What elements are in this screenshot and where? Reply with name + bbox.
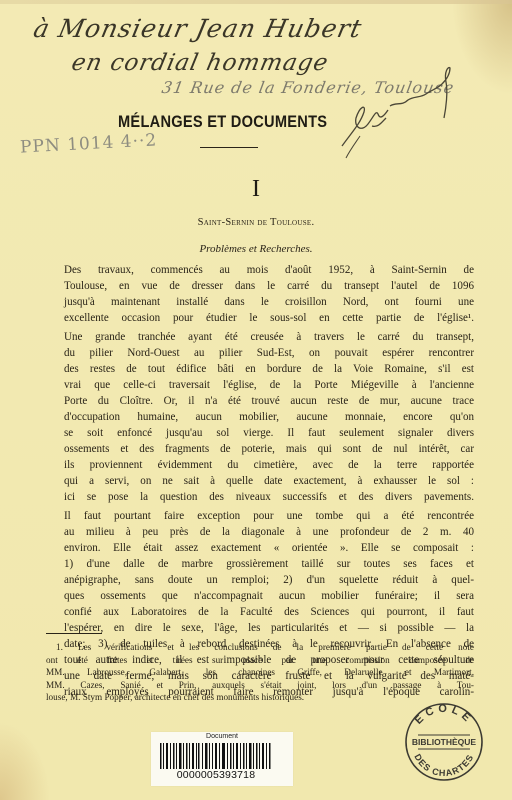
- handwritten-signature-icon: [338, 62, 478, 162]
- text-line: Porte du Cloître. Or, il n'a été trouvé …: [46, 393, 474, 409]
- footnote-line: 1. Les vérifications et les conclusions …: [46, 641, 474, 654]
- handwritten-dedication-line-2: en cordial hommage: [69, 50, 331, 76]
- footnote-line: MM. Labrousse, Galabert, les chanoines G…: [46, 666, 474, 679]
- text-line: ques ossements que n'accompagnait aucun …: [46, 588, 474, 604]
- text-line: 1) d'une dalle de marbre grossièrement t…: [46, 556, 474, 572]
- title-divider: [200, 147, 258, 148]
- text-line: Toulouse, en vue de dresser dans le carr…: [46, 278, 474, 294]
- article-body: Des travaux, commencés au mois d'août 19…: [46, 262, 474, 703]
- footnote-line: ont été faites et tirées sur place par u…: [46, 654, 474, 667]
- text-line: anépigraphe, sans doute un remploi; 2) d…: [46, 572, 474, 588]
- page-edge-stain: [0, 0, 512, 4]
- text-line: ossements et des fragments de poterie, m…: [46, 441, 474, 457]
- barcode-caption: Document: [151, 733, 293, 740]
- section-subtitle: Problèmes et Recherches.: [0, 243, 512, 255]
- text-line: confié aux Laboratoires de la Faculté de…: [46, 604, 474, 620]
- svg-text:BIBLIOTHÈQUE: BIBLIOTHÈQUE: [412, 737, 477, 747]
- text-line: vrai que celle-ci traversait l'église, d…: [46, 377, 474, 393]
- barcode-icon: [160, 743, 272, 769]
- text-line: des restes de tout édifice bâti en bordu…: [46, 361, 474, 377]
- text-line: qui a servi, on ne sait à quelle date ex…: [46, 473, 474, 489]
- text-line: Il faut pourtant faire exception pour un…: [46, 508, 474, 524]
- text-line: au milieu à peu près de la diagonale à u…: [46, 524, 474, 540]
- svg-text:DES CHARTES: DES CHARTES: [412, 752, 475, 778]
- svg-text:ECOLE: ECOLE: [413, 703, 476, 727]
- text-line: d'occupation humaine, aucun mobilier, au…: [46, 409, 474, 425]
- text-line: jusqu'à maintenant installé dans le croi…: [46, 294, 474, 310]
- handwritten-dedication-line-1: à Monsieur Jean Hubert: [31, 14, 365, 43]
- text-line: l'espérer, en dire le sexe, l'âge, les p…: [46, 620, 474, 636]
- section-title: Saint-Sernin de Toulouse.: [0, 217, 512, 228]
- library-stamp-icon: ECOLE BIBLIOTHÈQUE DES CHARTES: [402, 700, 486, 784]
- footnote: 1. Les vérifications et les conclusions …: [46, 641, 474, 704]
- text-line: Une grande tranchée ayant été creusée à …: [46, 329, 474, 345]
- text-line: du pilier Nord-Ouest au pilier Sud-Est, …: [46, 345, 474, 361]
- footnote-divider: [46, 633, 102, 634]
- text-line: se soit enfoncé jusqu'au sol vierge. Il …: [46, 425, 474, 441]
- scanned-page: à Monsieur Jean Hubert en cordial hommag…: [0, 0, 512, 800]
- paragraph: Une grande tranchée ayant été creusée à …: [46, 329, 474, 505]
- barcode-label: Document 0000005393: [151, 732, 293, 786]
- section-number: I: [0, 176, 512, 203]
- text-line: Des travaux, commencés au mois d'août 19…: [46, 262, 474, 278]
- pencil-catalog-note: PPN 1014 4··2: [20, 130, 158, 157]
- footnote-line: MM. Cazes, Sanié et Prin, auxquels s'éta…: [46, 679, 474, 692]
- page-title: MÉLANGES ET DOCUMENTS: [118, 112, 316, 132]
- paragraph: Des travaux, commencés au mois d'août 19…: [46, 262, 474, 326]
- text-line: ils proviennent évidemment du cimetière,…: [46, 457, 474, 473]
- text-line: excellente occasion pour étudier le sous…: [46, 310, 474, 326]
- barcode-number: 0000005393718: [151, 769, 281, 781]
- text-line: environ. Elle était assez exactement « o…: [46, 540, 474, 556]
- text-line: ici se pose la question des niveaux succ…: [46, 489, 474, 505]
